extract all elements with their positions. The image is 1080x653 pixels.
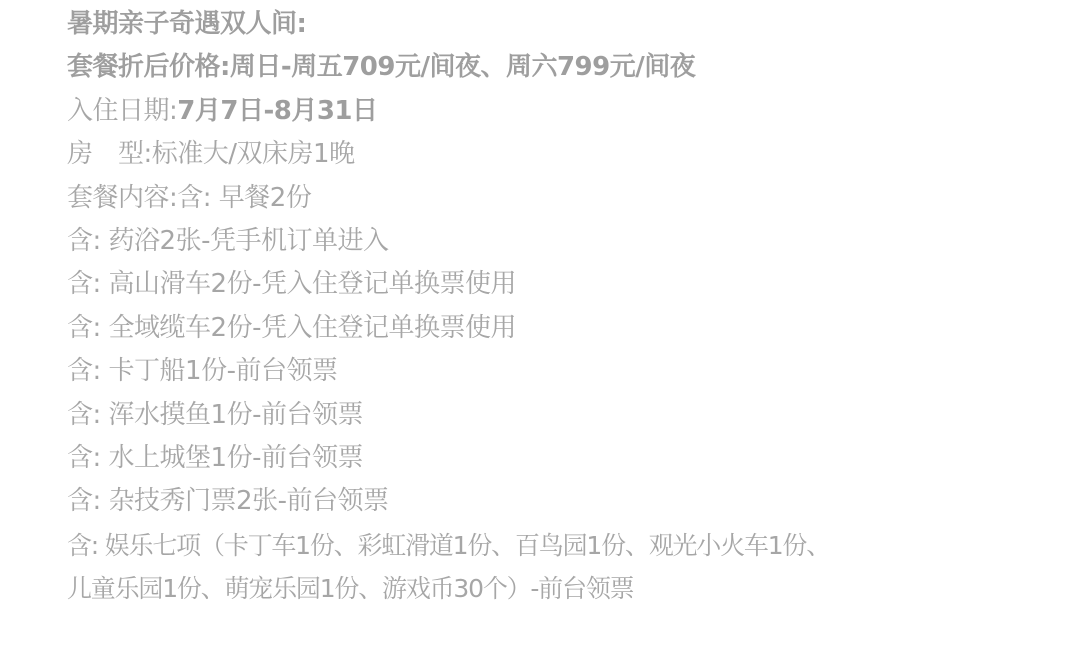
include-item: 含: 全域缆车2份-凭入住登记单换票使用 (67, 307, 997, 350)
package-title: 暑期亲子奇遇双人间: (67, 3, 997, 46)
include-item: 含: 卡丁船1份-前台领票 (67, 350, 997, 393)
checkin-label: 入住日期: (67, 96, 177, 126)
contents-label: 套餐内容: (67, 183, 177, 213)
price-value: 周日-周五709元/间夜、周六799元/间夜 (230, 52, 695, 82)
include-item: 含: 浑水摸鱼1份-前台领票 (67, 394, 997, 437)
include-item: 含: 杂技秀门票2张-前台领票 (67, 480, 997, 523)
room-value: 标准大/双床房1晚 (152, 139, 355, 169)
package-contents: 套餐内容:含: 早餐2份 (67, 177, 997, 220)
include-item: 含: 水上城堡1份-前台领票 (67, 437, 997, 480)
entertainment-item-continued: 儿童乐园1份、萌宠乐园1份、游戏币30个）-前台领票 (67, 567, 997, 610)
include-item: 含: 高山滑车2份-凭入住登记单换票使用 (67, 263, 997, 306)
include-item: 含: 药浴2张-凭手机订单进入 (67, 220, 997, 263)
price-label: 套餐折后价格: (67, 52, 230, 82)
room-type: 房 型:标准大/双床房1晚 (67, 133, 997, 176)
package-price: 套餐折后价格:周日-周五709元/间夜、周六799元/间夜 (67, 46, 997, 89)
checkin-dates: 入住日期:7月7日-8月31日 (67, 90, 997, 133)
entertainment-item: 含: 娱乐七项（卡丁车1份、彩虹滑道1份、百鸟园1份、观光小火车1份、 (67, 524, 997, 567)
contents-first-item: 含: 早餐2份 (177, 183, 311, 213)
checkin-value: 7月7日-8月31日 (177, 96, 377, 126)
package-description: 暑期亲子奇遇双人间: 套餐折后价格:周日-周五709元/间夜、周六799元/间夜… (67, 3, 997, 610)
room-label: 房 型: (67, 139, 152, 169)
